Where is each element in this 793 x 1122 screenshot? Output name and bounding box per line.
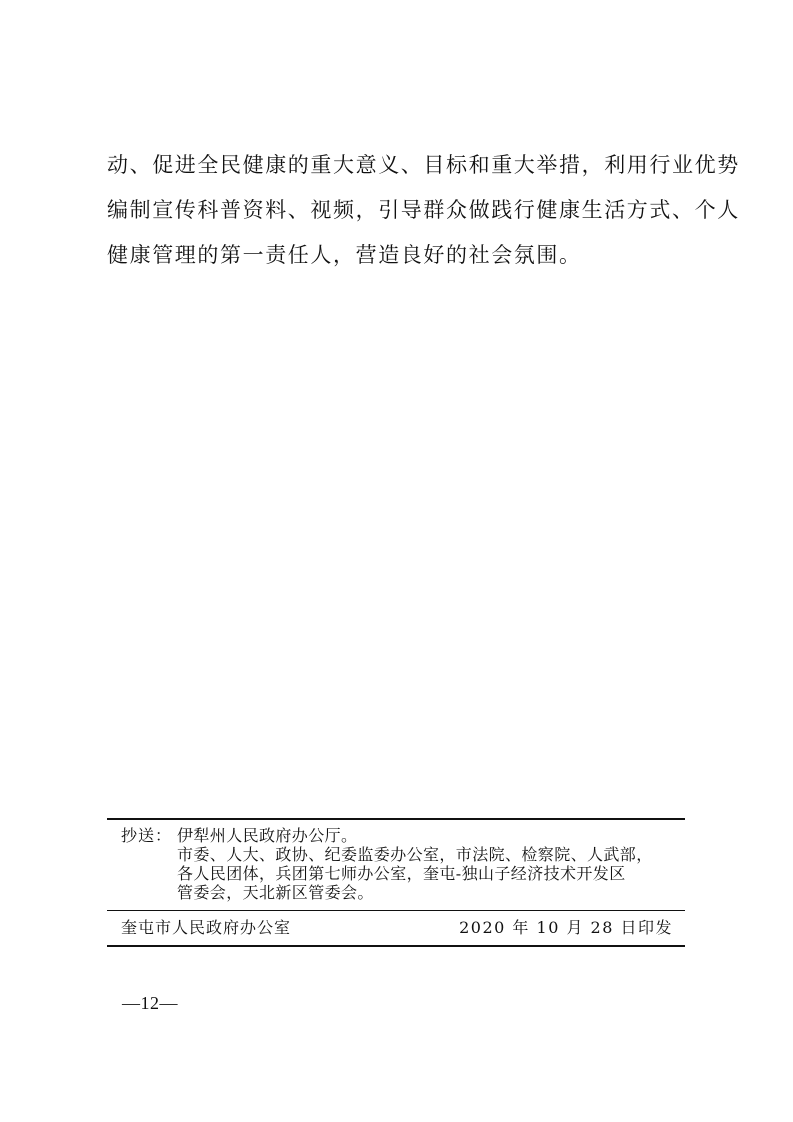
body-text: 动、促进全民健康的重大意义、目标和重大举措，利用行业优势 编制宣传科普资料、视频… [107,143,692,278]
copy-to-label: 抄送： [121,826,177,902]
copy-to-recipients: 伊犁州人民政府办公厅。 市委、人大、政协、纪委监委办公室，市法院、检察院、人武部… [177,826,685,902]
body-paragraph-line: 动、促进全民健康的重大意义、目标和重大举措，利用行业优势 [107,143,692,188]
issuing-organization: 奎屯市人民政府办公室 [121,918,291,937]
body-paragraph-line: 健康管理的第一责任人，营造良好的社会氛围。 [107,233,692,278]
page-number: —12— [122,993,178,1014]
copy-to-section: 抄送： 伊犁州人民政府办公厅。 市委、人大、政协、纪委监委办公室，市法院、检察院… [107,820,685,910]
body-paragraph-line: 编制宣传科普资料、视频，引导群众做践行健康生活方式、个人 [107,188,692,233]
copy-to-line: 管委会，天北新区管委会。 [177,883,685,902]
issuance-row: 奎屯市人民政府办公室 2020 年 10 月 28 日印发 [107,911,685,945]
bottom-divider [107,945,685,947]
copy-to-line: 市委、人大、政协、纪委监委办公室，市法院、检察院、人武部， [177,845,685,864]
copy-to-line: 各人民团体，兵团第七师办公室，奎屯-独山子经济技术开发区 [177,864,685,883]
copy-to-line: 伊犁州人民政府办公厅。 [177,826,685,845]
issuance-date: 2020 年 10 月 28 日印发 [459,918,673,937]
document-footer-block: 抄送： 伊犁州人民政府办公厅。 市委、人大、政协、纪委监委办公室，市法院、检察院… [107,818,685,947]
